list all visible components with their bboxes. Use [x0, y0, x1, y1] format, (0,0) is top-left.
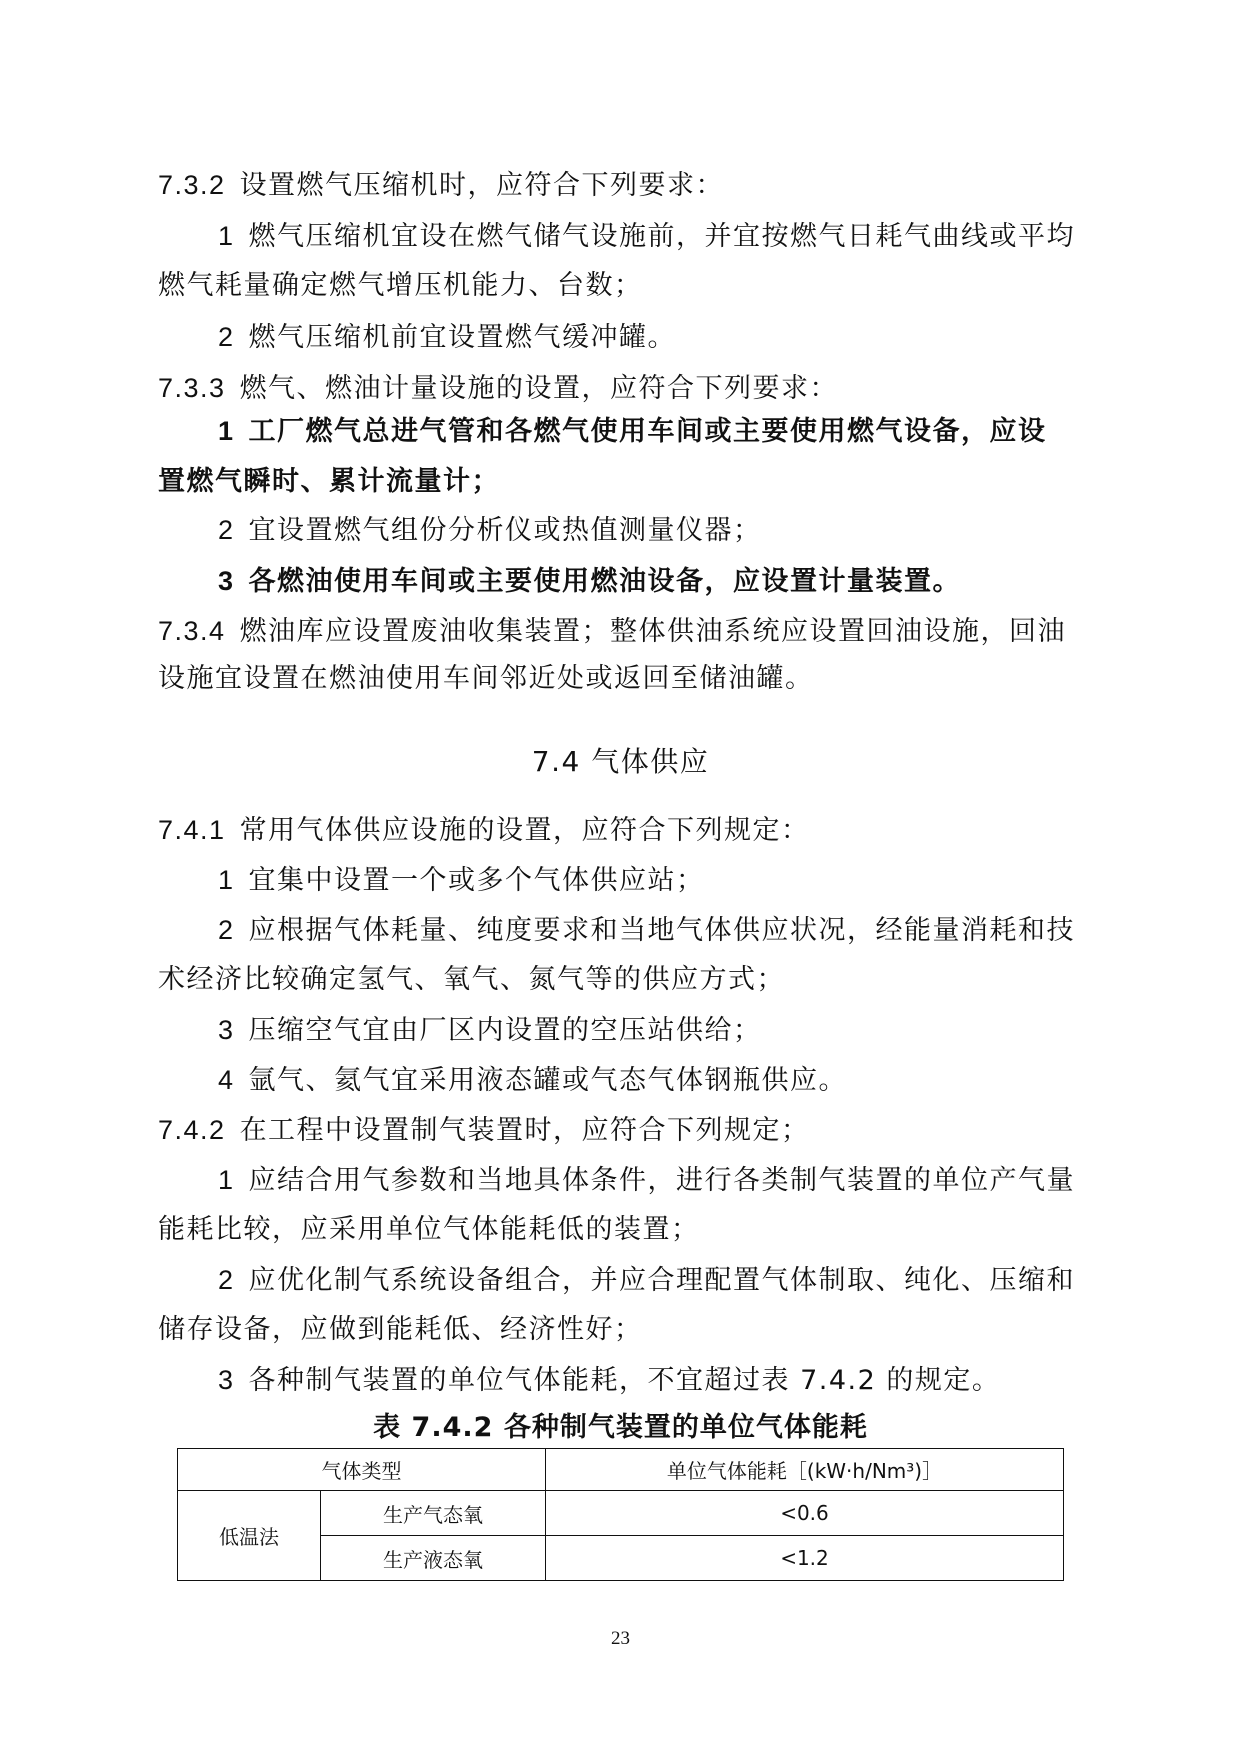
- clause-7-4-1-item-4: 4氩气、氦气宜采用液态罐或气态气体钢瓶供应。: [218, 1055, 847, 1105]
- clause-7-3-3-item-2: 2宜设置燃气组份分析仪或热值测量仪器；: [218, 505, 762, 555]
- item-number: 1: [218, 1155, 235, 1205]
- clause-7-3-2: 7.3.2设置燃气压缩机时，应符合下列要求：: [158, 160, 724, 210]
- header-unit-energy: 单位气体能耗［(kW·h/Nm³)］: [546, 1449, 1064, 1491]
- item-number: 1: [218, 855, 235, 905]
- item-text: 各燃油使用车间或主要使用燃油设备，应设置计量装置。: [249, 566, 962, 597]
- clause-7-4-2-item-2: 2应优化制气系统设备组合，并应合理配置气体制取、纯化、压缩和: [218, 1255, 1075, 1305]
- clause-7-3-4: 7.3.4燃油库应设置废油收集装置；整体供油系统应设置回油设施，回油: [158, 606, 1066, 656]
- item-number: 3: [218, 1355, 235, 1405]
- item-number: 2: [218, 905, 235, 955]
- item-number: 4: [218, 1055, 235, 1105]
- clause-7-4-2-item-1-cont: 能耗比较，应采用单位气体能耗低的装置；: [158, 1205, 700, 1255]
- item-number: 2: [218, 312, 235, 362]
- clause-7-3-4-cont: 设施宜设置在燃油使用车间邻近处或返回至储油罐。: [158, 654, 814, 704]
- item-text: 各种制气装置的单位气体能耗，不宜超过表 7.4.2 的规定。: [249, 1365, 1001, 1396]
- clause-7-4-2: 7.4.2在工程中设置制气装置时，应符合下列规定；: [158, 1105, 810, 1155]
- item-text: 燃气压缩机宜设在燃气储气设施前，并宜按燃气日耗气曲线或平均: [249, 221, 1076, 252]
- clause-7-4-1-item-3: 3压缩空气宜由厂区内设置的空压站供给；: [218, 1005, 762, 1055]
- item-text: 应优化制气系统设备组合，并应合理配置气体制取、纯化、压缩和: [249, 1265, 1076, 1296]
- clause-7-3-2-item-2: 2燃气压缩机前宜设置燃气缓冲罐。: [218, 312, 676, 362]
- clause-7-3-3-item-1: 1工厂燃气总进气管和各燃气使用车间或主要使用燃气设备，应设: [218, 406, 1047, 456]
- item-text: 工厂燃气总进气管和各燃气使用车间或主要使用燃气设备，应设: [249, 416, 1047, 447]
- page-number: 23: [0, 1628, 1241, 1650]
- clause-7-3-3-item-1-cont: 置燃气瞬时、累计流量计；: [158, 457, 500, 507]
- item-text: 氩气、氦气宜采用液态罐或气态气体钢瓶供应。: [249, 1065, 848, 1096]
- item-text: 术经济比较确定氢气、氧气、氮气等的供应方式；: [158, 964, 785, 995]
- header-gas-type: 气体类型: [178, 1449, 546, 1491]
- item-number: 3: [218, 556, 235, 606]
- clause-7-4-1-item-2: 2应根据气体耗量、纯度要求和当地气体供应状况，经能量消耗和技: [218, 905, 1075, 955]
- table-header-row: 气体类型 单位气体能耗［(kW·h/Nm³)］: [178, 1449, 1064, 1491]
- clause-7-3-2-item-1-cont: 燃气耗量确定燃气增压机能力、台数；: [158, 261, 643, 311]
- item-text: 能耗比较，应采用单位气体能耗低的装置；: [158, 1214, 700, 1245]
- item-number: 3: [218, 1005, 235, 1055]
- row-name: 生产液态氧: [321, 1536, 546, 1581]
- clause-text: 常用气体供应设施的设置，应符合下列规定：: [240, 815, 810, 846]
- item-text: 燃气耗量确定燃气增压机能力、台数；: [158, 270, 643, 301]
- clause-7-4-2-item-3: 3各种制气装置的单位气体能耗，不宜超过表 7.4.2 的规定。: [218, 1355, 1000, 1405]
- clause-7-4-2-item-2-cont: 储存设备，应做到能耗低、经济性好；: [158, 1305, 643, 1355]
- table-caption: 表 7.4.2 各种制气装置的单位气体能耗: [0, 1406, 1241, 1450]
- item-number: 1: [218, 211, 235, 261]
- energy-consumption-table: 气体类型 单位气体能耗［(kW·h/Nm³)］ 低温法 生产气态氧 <0.6 生…: [177, 1448, 1064, 1581]
- row-name: 生产气态氧: [321, 1491, 546, 1536]
- clause-number: 7.3.4: [158, 606, 226, 656]
- row-value: <1.2: [546, 1536, 1064, 1581]
- item-text: 宜集中设置一个或多个气体供应站；: [249, 865, 705, 896]
- item-number: 1: [218, 406, 235, 456]
- clause-text: 燃气、燃油计量设施的设置，应符合下列要求：: [240, 373, 839, 404]
- section-title: 7.4 气体供应: [0, 737, 1241, 787]
- clause-number: 7.4.1: [158, 805, 226, 855]
- clause-7-4-1-item-1: 1宜集中设置一个或多个气体供应站；: [218, 855, 705, 905]
- item-text: 宜设置燃气组份分析仪或热值测量仪器；: [249, 515, 762, 546]
- row-value: <0.6: [546, 1491, 1064, 1536]
- item-number: 2: [218, 1255, 235, 1305]
- clause-text: 设置燃气压缩机时，应符合下列要求：: [240, 170, 725, 201]
- clause-7-3-2-item-1: 1燃气压缩机宜设在燃气储气设施前，并宜按燃气日耗气曲线或平均: [218, 211, 1075, 261]
- item-text: 应根据气体耗量、纯度要求和当地气体供应状况，经能量消耗和技: [249, 915, 1076, 946]
- clause-7-4-2-item-1: 1应结合用气参数和当地具体条件，进行各类制气装置的单位产气量: [218, 1155, 1075, 1205]
- item-text: 储存设备，应做到能耗低、经济性好；: [158, 1314, 643, 1345]
- clause-number: 7.3.3: [158, 363, 226, 413]
- item-text: 应结合用气参数和当地具体条件，进行各类制气装置的单位产气量: [249, 1165, 1076, 1196]
- item-text: 压缩空气宜由厂区内设置的空压站供给；: [249, 1015, 762, 1046]
- item-number: 2: [218, 505, 235, 555]
- clause-number: 7.4.2: [158, 1105, 226, 1155]
- clause-7-3-3-item-3: 3各燃油使用车间或主要使用燃油设备，应设置计量装置。: [218, 556, 961, 606]
- item-text: 燃气压缩机前宜设置燃气缓冲罐。: [249, 322, 677, 353]
- clause-number: 7.3.2: [158, 160, 226, 210]
- clause-text: 设施宜设置在燃油使用车间邻近处或返回至储油罐。: [158, 663, 814, 694]
- clause-text: 燃油库应设置废油收集装置；整体供油系统应设置回油设施，回油: [240, 616, 1067, 647]
- clause-7-4-1: 7.4.1常用气体供应设施的设置，应符合下列规定：: [158, 805, 810, 855]
- table-row: 低温法 生产气态氧 <0.6: [178, 1491, 1064, 1536]
- clause-7-4-1-item-2-cont: 术经济比较确定氢气、氧气、氮气等的供应方式；: [158, 955, 785, 1005]
- clause-text: 在工程中设置制气装置时，应符合下列规定；: [240, 1115, 810, 1146]
- group-cell: 低温法: [178, 1491, 321, 1581]
- item-text: 置燃气瞬时、累计流量计；: [158, 466, 500, 497]
